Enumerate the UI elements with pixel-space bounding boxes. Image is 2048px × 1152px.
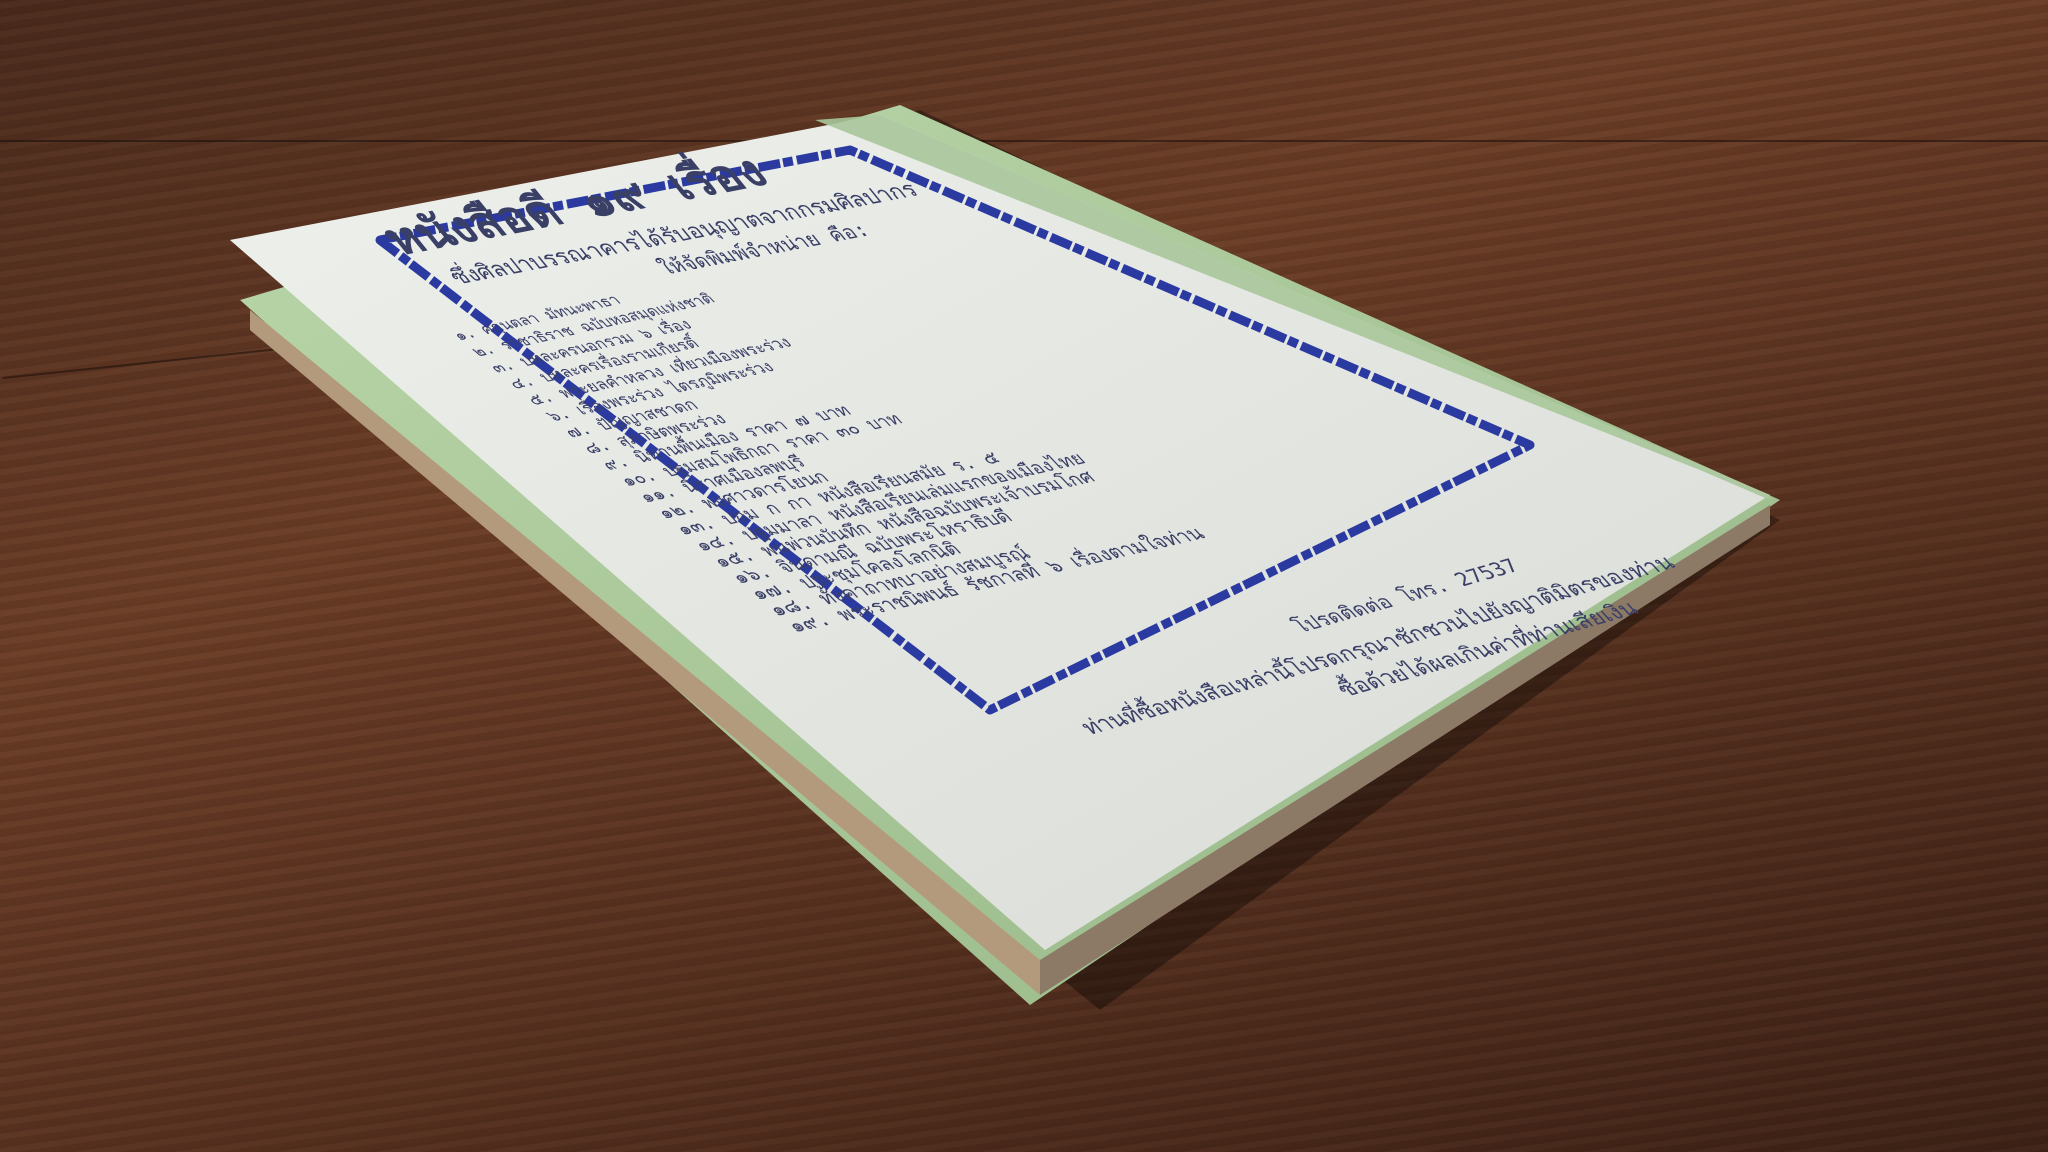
photo-scene: หนังสือดี ๑๙ เรื่อง ซึ่งศิลปาบรรณาคารได้… [0, 0, 2048, 1152]
book: หนังสือดี ๑๙ เรื่อง ซึ่งศิลปาบรรณาคารได้… [0, 0, 2048, 1152]
